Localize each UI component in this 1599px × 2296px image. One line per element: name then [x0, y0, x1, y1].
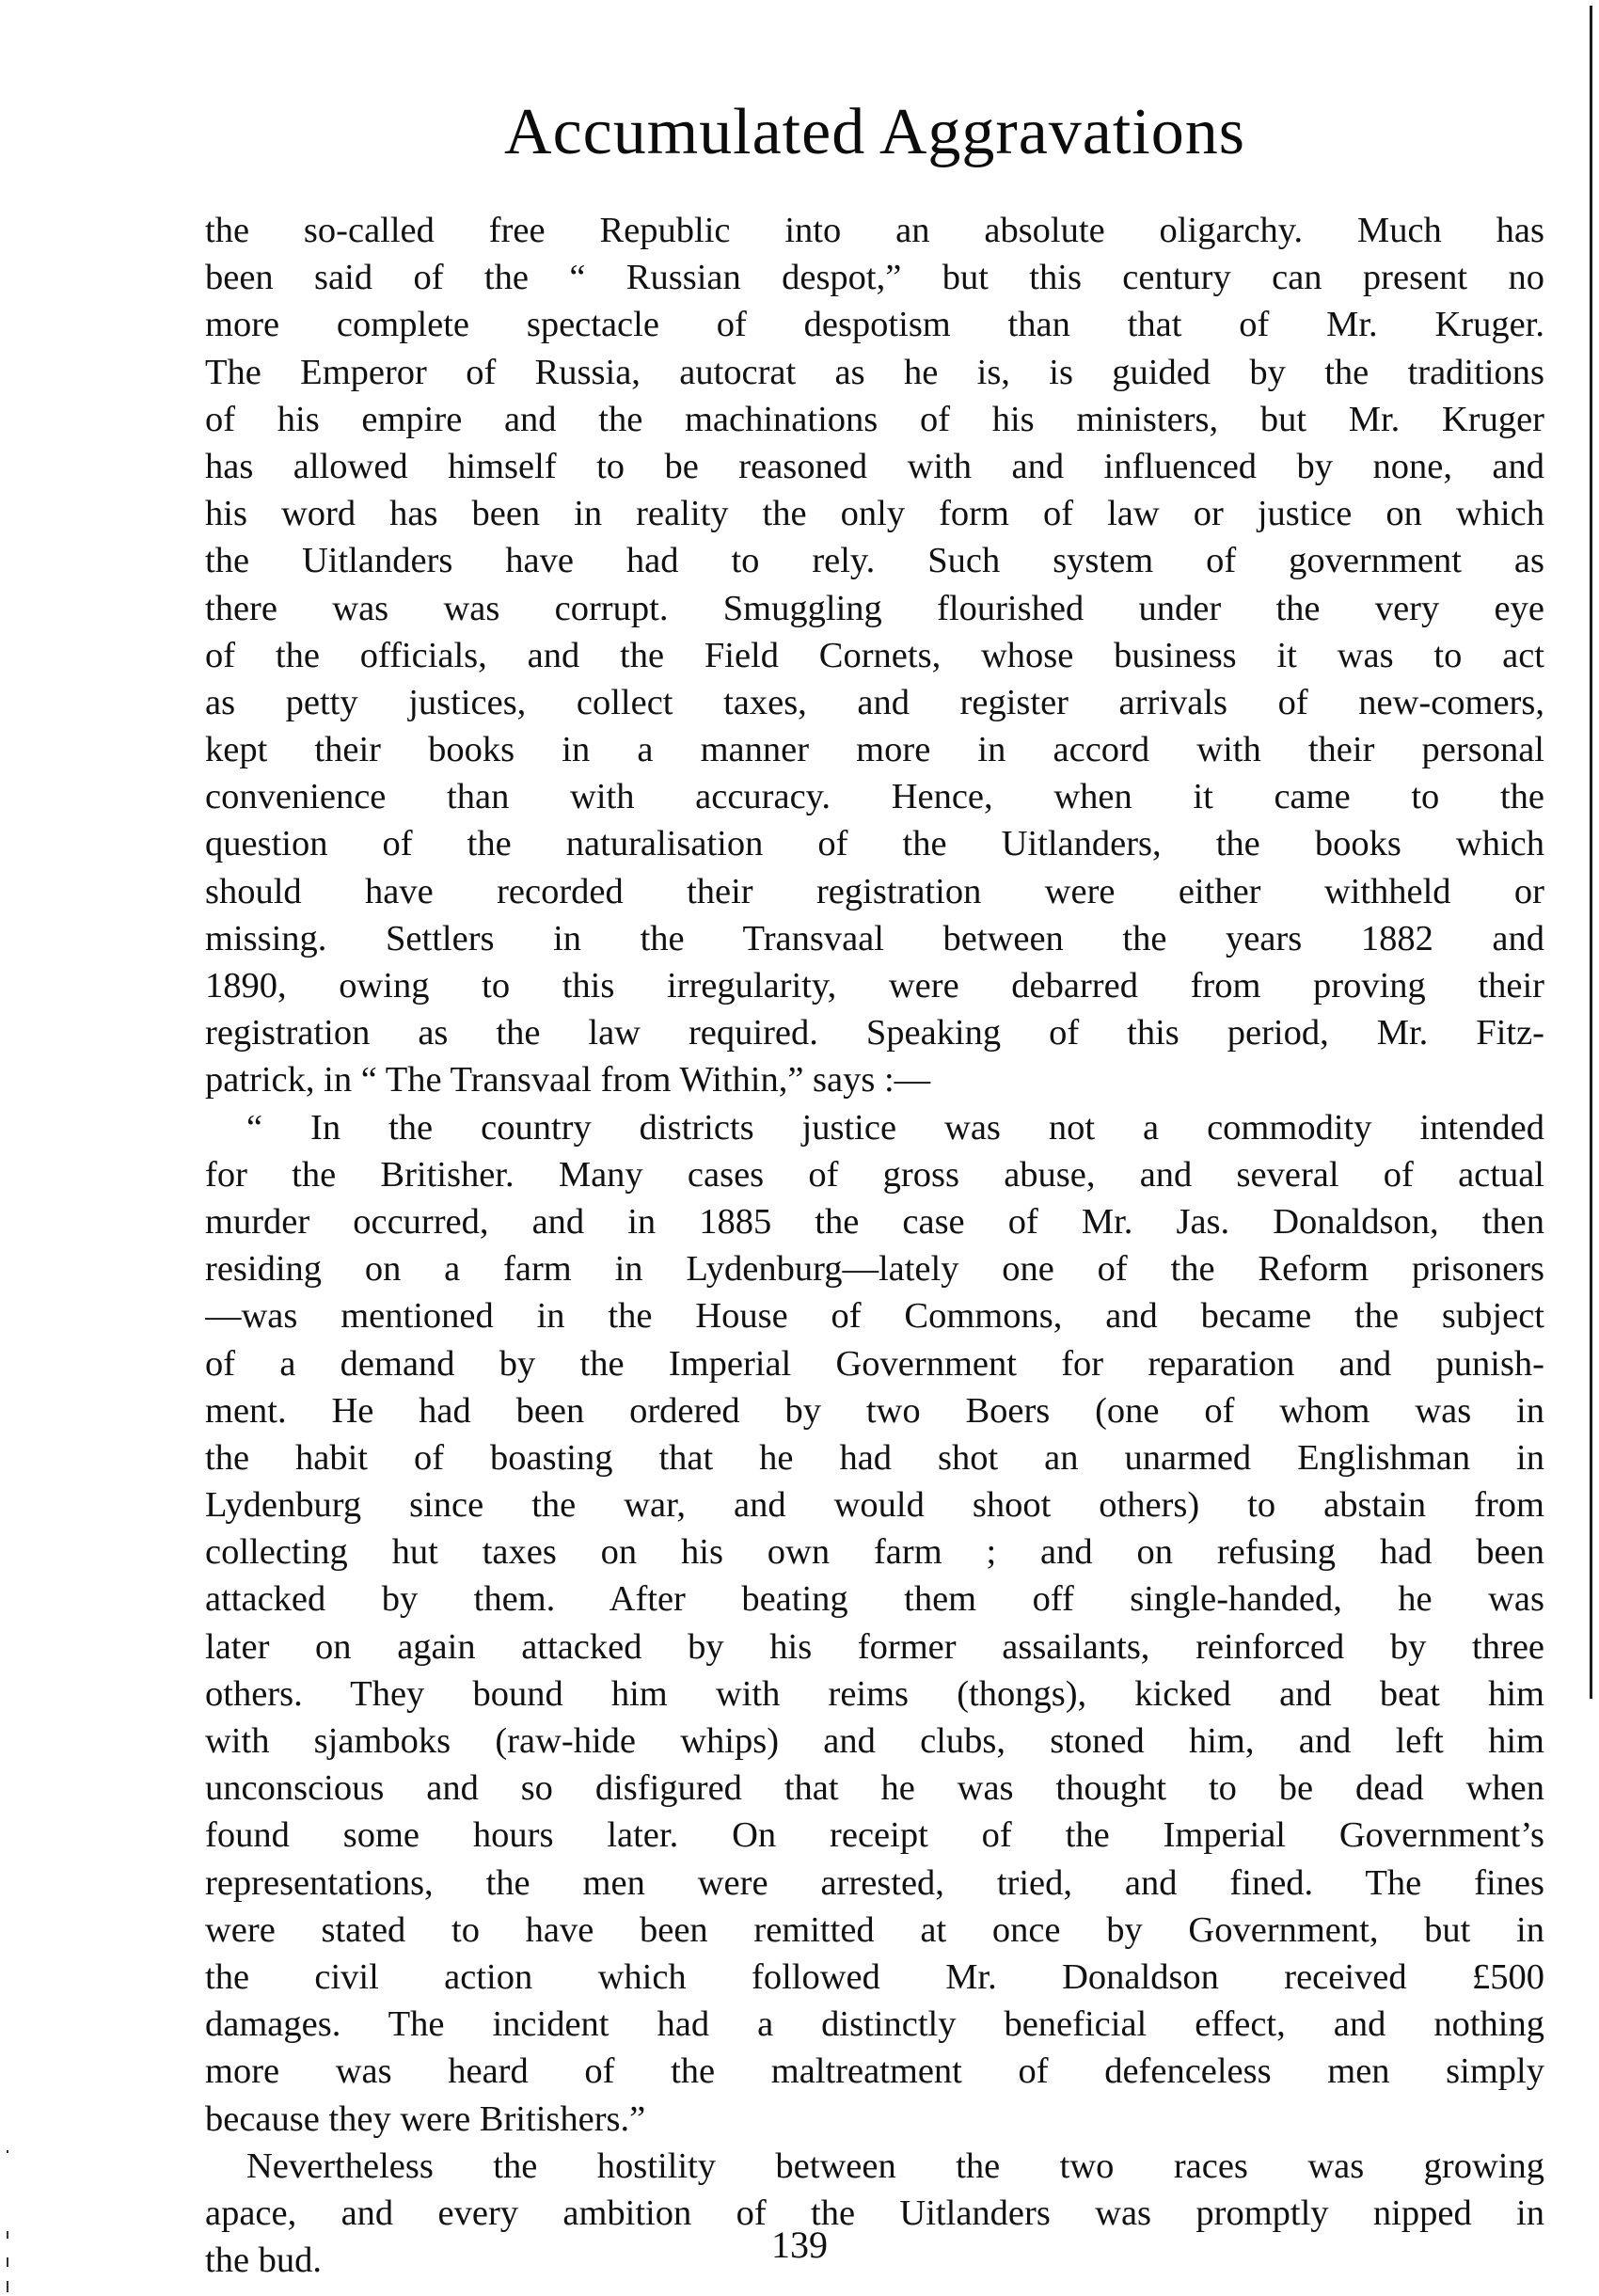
text-line: ment. He had been ordered by two Boers (… [205, 1387, 1544, 1434]
text-line: Nevertheless the hostility between the t… [205, 2143, 1544, 2190]
text-line: “ In the country districts justice was n… [205, 1104, 1544, 1151]
text-line: there was was corrupt. Smuggling flouris… [205, 585, 1544, 632]
text-line: patrick, in “ The Transvaal from Within,… [205, 1056, 1544, 1103]
text-line: unconscious and so disfigured that he wa… [205, 1765, 1544, 1812]
text-line: of his empire and the machinations of hi… [205, 396, 1544, 443]
text-line: of a demand by the Imperial Government f… [205, 1340, 1544, 1387]
text-line: registration as the law required. Speaki… [205, 1009, 1544, 1056]
text-line: as petty justices, collect taxes, and re… [205, 679, 1544, 726]
text-line: the so-called free Republic into an abso… [205, 207, 1544, 254]
text-line: Lydenburg since the war, and would shoot… [205, 1481, 1544, 1528]
text-line: been said of the “ Russian despot,” but … [205, 254, 1544, 301]
text-line: more was heard of the maltreatment of de… [205, 2048, 1544, 2095]
text-line: for the Britisher. Many cases of gross a… [205, 1151, 1544, 1198]
scan-mark [7, 2150, 8, 2153]
text-line: The Emperor of Russia, autocrat as he is… [205, 349, 1544, 396]
text-line: missing. Settlers in the Transvaal betwe… [205, 915, 1544, 962]
text-line: residing on a farm in Lydenburg—lately o… [205, 1245, 1544, 1292]
text-line: the civil action which followed Mr. Dona… [205, 1954, 1544, 2001]
text-line: —was mentioned in the House of Commons, … [205, 1292, 1544, 1339]
text-line: question of the naturalisation of the Ui… [205, 820, 1544, 867]
text-line: convenience than with accuracy. Hence, w… [205, 773, 1544, 820]
text-line: should have recorded their registration … [205, 868, 1544, 915]
page-number: 139 [0, 2222, 1599, 2269]
text-line: were stated to have been remitted at onc… [205, 1907, 1544, 1954]
text-line: representations, the men were arrested, … [205, 1860, 1544, 1907]
text-line: murder occurred, and in 1885 the case of… [205, 1198, 1544, 1245]
scan-edge-line [1590, 6, 1592, 1699]
text-line: later on again attacked by his former as… [205, 1623, 1544, 1671]
text-line: has allowed himself to be reasoned with … [205, 443, 1544, 490]
scan-mark [7, 2281, 8, 2292]
text-line: the habit of boasting that he had shot a… [205, 1434, 1544, 1481]
text-line: because they were Britishers.” [205, 2096, 1544, 2143]
running-head: Accumulated Aggravations [0, 90, 1599, 175]
text-line: more complete spectacle of despotism tha… [205, 301, 1544, 348]
text-line: others. They bound him with reims (thong… [205, 1671, 1544, 1718]
text-line: collecting hut taxes on his own farm ; a… [205, 1528, 1544, 1576]
text-line: with sjamboks (raw-hide whips) and clubs… [205, 1718, 1544, 1765]
text-line: of the officials, and the Field Cornets,… [205, 632, 1544, 679]
text-line: attacked by them. After beating them off… [205, 1576, 1544, 1623]
text-line: damages. The incident had a distinctly b… [205, 2001, 1544, 2048]
text-line: his word has been in reality the only fo… [205, 490, 1544, 537]
text-line: 1890, owing to this irregularity, were d… [205, 962, 1544, 1009]
text-line: kept their books in a manner more in acc… [205, 726, 1544, 773]
text-line: found some hours later. On receipt of th… [205, 1812, 1544, 1859]
text-line: the Uitlanders have had to rely. Such sy… [205, 537, 1544, 584]
body-text: the so-called free Republic into an abso… [205, 207, 1544, 2284]
